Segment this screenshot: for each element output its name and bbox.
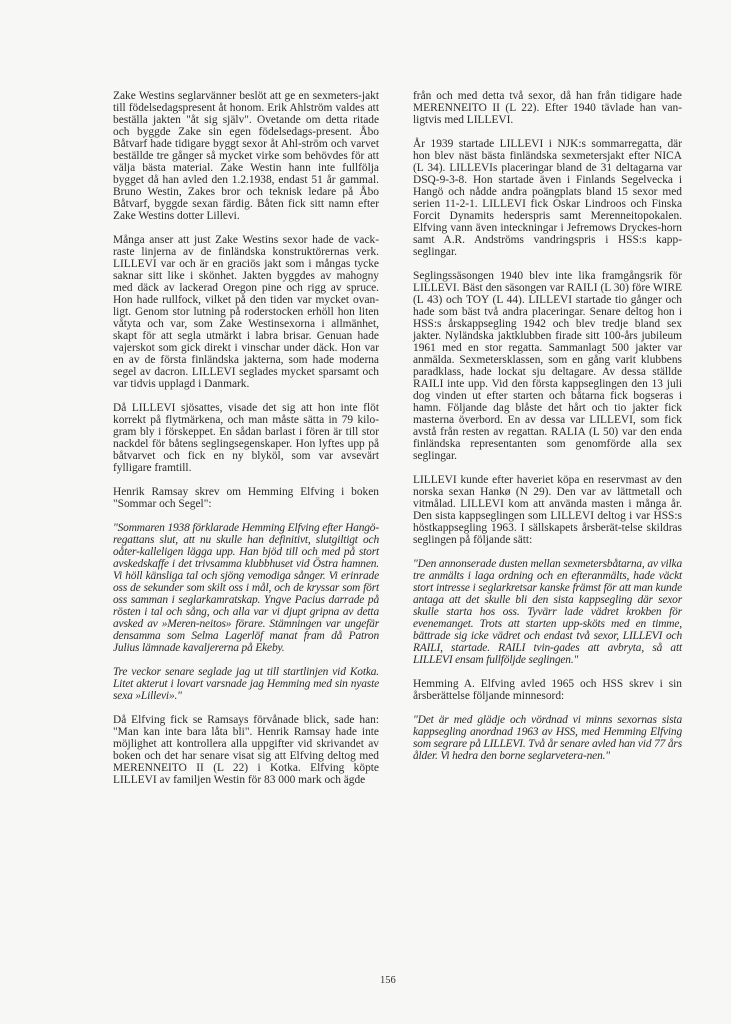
left-column: Zake Westins seglarvänner beslöt att ge … [113,90,379,798]
quote-paragraph: Tre veckor senare seglade jag ut till st… [113,666,379,702]
paragraph: Då LILLEVI sjösattes, visade det sig att… [113,402,379,474]
paragraph: År 1939 startade LILLEVI i NJK:s sommarr… [413,138,682,258]
paragraph: Många anser att just Zake Westins sexor … [113,234,379,390]
quote-paragraph: "Sommaren 1938 förklarade Hemming Elfvin… [113,522,379,654]
paragraph: Henrik Ramsay skrev om Hemming Elfving i… [113,486,379,510]
paragraph: Hemming A. Elfving avled 1965 och HSS sk… [413,678,682,702]
book-page: Zake Westins seglarvänner beslöt att ge … [0,0,731,1024]
paragraph: LILLEVI kunde efter haveriet köpa en res… [413,474,682,546]
paragraph: från och med detta två sexor, då han frå… [413,90,682,126]
quote-paragraph: "Den annonserade dusten mellan sexmeters… [413,558,682,666]
right-column: från och med detta två sexor, då han frå… [413,90,682,774]
paragraph: Seglingssäsongen 1940 blev inte lika fra… [413,270,682,462]
paragraph: Zake Westins seglarvänner beslöt att ge … [113,90,379,222]
paragraph: Då Elfving fick se Ramsays förvånade bli… [113,714,379,786]
quote-paragraph: "Det är med glädje och vördnad vi minns … [413,714,682,762]
page-number: 156 [380,975,396,986]
